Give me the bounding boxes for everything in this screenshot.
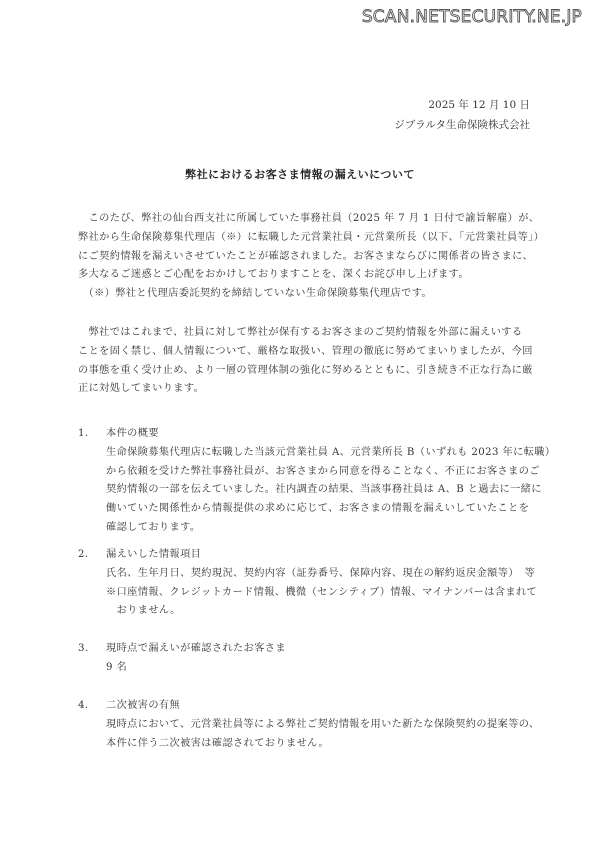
section-overview: 1. 本件の概要 生命保険募集代理店に転職した当該元営業社員 A、元営業所長 B… xyxy=(78,425,548,538)
paragraph-line: 弊社ではこれまで、社員に対して弊社が保有するお客さまのご契約情報を外部に漏えいす… xyxy=(78,324,538,343)
section-number: 4. xyxy=(78,697,89,716)
paragraph-line: にご契約情報を漏えいさせていたことが確認されました。お客さまならびに関係者の皆さ… xyxy=(78,248,538,267)
section-number: 2. xyxy=(78,546,89,565)
paragraph-line: ことを固く禁じ、個人情報について、厳格な取扱い、管理の徹底に努めてまいりましたが… xyxy=(78,343,538,362)
section-line: 本件に伴う二次被害は確認されておりません。 xyxy=(106,735,548,754)
document-date: 2025 年 12 月 10 日 xyxy=(394,95,530,115)
section-line: 契約情報の一部を伝えていました。社内調査の結果、当該事務社員は A、B と過去に… xyxy=(106,481,548,500)
section-number: 1. xyxy=(78,425,89,444)
site-watermark: SCAN.NETSECURITY.NE.JP xyxy=(362,7,582,27)
section-heading: 現時点で漏えいが確認されたお客さま xyxy=(106,640,548,659)
policy-paragraph: 弊社ではこれまで、社員に対して弊社が保有するお客さまのご契約情報を外部に漏えいす… xyxy=(78,324,538,399)
paragraph-line: 正に対処してまいります。 xyxy=(78,380,538,399)
paragraph-line: 弊社から生命保険募集代理店（※）に転職した元営業社員・元営業所長（以下、「元営業… xyxy=(78,229,538,248)
section-number: 3. xyxy=(78,640,89,659)
section-heading: 二次被害の有無 xyxy=(106,697,548,716)
section-leaked-items: 2. 漏えいした情報項目 氏名、生年月日、契約現況、契約内容（証券番号、保障内容… xyxy=(78,546,548,621)
section-line: 働いていた関係性から情報提供の求めに応じて、お客さまの情報を漏えいしていたことを xyxy=(106,500,548,519)
section-heading: 漏えいした情報項目 xyxy=(106,546,548,565)
document-title: 弊社におけるお客さま情報の漏えいについて xyxy=(0,166,600,182)
section-heading: 本件の概要 xyxy=(106,425,548,444)
company-name: ジブラルタ生命保険株式会社 xyxy=(394,115,530,135)
section-line: 確認しております。 xyxy=(106,519,548,538)
section-line: 現時点において、元営業社員等による弊社ご契約情報を用いた新たな保険契約の提案等の… xyxy=(106,716,548,735)
section-line: ※口座情報、クレジットカード情報、機微（センシティブ）情報、マイナンバーは含まれ… xyxy=(106,584,548,603)
section-affected-customers: 3. 現時点で漏えいが確認されたお客さま 9 名 xyxy=(78,640,548,678)
section-line: 9 名 xyxy=(106,659,548,678)
paragraph-line: 多大なるご迷惑とご心配をおかけしておりますことを、深くお詫び申し上げます。 xyxy=(78,266,538,285)
section-line: おりません。 xyxy=(106,602,548,621)
document-header: 2025 年 12 月 10 日 ジブラルタ生命保険株式会社 xyxy=(394,95,530,135)
section-line: 氏名、生年月日、契約現況、契約内容（証券番号、保障内容、現在の解約返戻金額等） … xyxy=(106,565,548,584)
section-secondary-damage: 4. 二次被害の有無 現時点において、元営業社員等による弊社ご契約情報を用いた新… xyxy=(78,697,548,753)
section-line: から依頼を受けた弊社事務社員が、お客さまから同意を得ることなく、不正にお客さまの… xyxy=(106,463,548,482)
footnote-line: （※）弊社と代理店委託契約を締結していない生命保険募集代理店です。 xyxy=(78,285,538,304)
intro-paragraph: このたび、弊社の仙台西支社に所属していた事務社員（2025 年 7 月 1 日付… xyxy=(78,210,538,304)
paragraph-line: このたび、弊社の仙台西支社に所属していた事務社員（2025 年 7 月 1 日付… xyxy=(78,210,538,229)
section-line: 生命保険募集代理店に転職した当該元営業社員 A、元営業所長 B（いずれも 202… xyxy=(106,444,548,463)
paragraph-line: の事態を重く受け止め、より一層の管理体制の強化に努めるとともに、引き続き不正な行… xyxy=(78,362,538,381)
